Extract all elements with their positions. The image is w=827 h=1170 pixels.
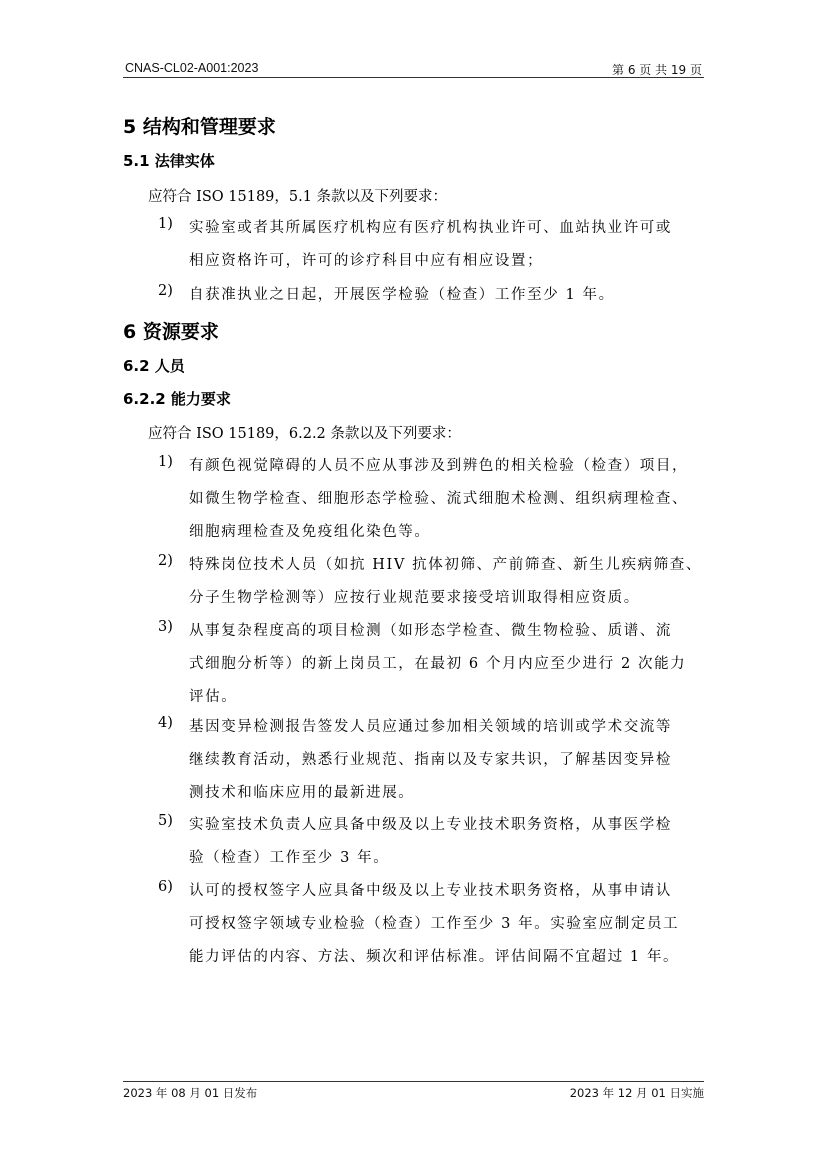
item-text: 能力评估的内容、方法、频次和评估标准。评估间隔不宜超过 1 年。 [189,945,679,966]
item-text: 分子生物学检测等）应按行业规范要求接受培训取得相应资质。 [189,586,640,607]
section-5-1-intro: 应符合 ISO 15189，5.1 条款以及下列要求： [148,185,447,206]
item-text: 有颜色视觉障碍的人员不应从事涉及到辨色的相关检验（检查）项目， [189,454,688,475]
item-text: 认可的授权签字人应具备中级及以上专业技术职务资格，从事申请认 [189,879,672,900]
page-footer: 2023 年 08 月 01 日发布 2023 年 12 月 01 日实施 [123,1081,704,1102]
item-text: 如微生物学检查、细胞形态学检验、流式细胞术检测、组织病理检查、 [189,487,688,508]
item-text: 自获准执业之日起，开展医学检验（检查）工作至少 1 年。 [189,283,615,304]
item-number: 2) [158,283,173,299]
item-text: 可授权签字领域专业检验（检查）工作至少 3 年。实验室应制定员工 [189,912,679,933]
item-text: 从事复杂程度高的项目检测（如形态学检查、微生物检验、质谱、流 [189,619,672,640]
section-6-2-heading: 6.2 人员 [123,355,185,376]
item-number: 3) [158,619,173,635]
doc-code: CNAS-CL02-A001:2023 [125,61,258,75]
item-text: 继续教育活动，熟悉行业规范、指南以及专家共识，了解基因变异检 [189,748,672,769]
item-number: 1) [158,454,173,470]
section-5-1-heading: 5.1 法律实体 [123,150,215,171]
item-number: 6) [158,879,173,895]
item-text: 实验室技术负责人应具备中级及以上专业技术职务资格，从事医学检 [189,813,672,834]
section-6-2-2-heading: 6.2.2 能力要求 [123,388,231,409]
page-number: 第 6 页 共 19 页 [612,61,702,78]
page-header: CNAS-CL02-A001:2023 第 6 页 共 19 页 [123,60,704,78]
publish-date: 2023 年 08 月 01 日发布 [123,1085,257,1101]
item-number: 2) [158,553,173,569]
section-6-heading: 6 资源要求 [123,317,219,344]
item-text: 式细胞分析等）的新上岗员工，在最初 6 个月内应至少进行 2 次能力 [189,652,686,673]
item-text: 评估。 [189,685,237,706]
item-number: 4) [158,715,173,731]
item-text: 验（检查）工作至少 3 年。 [189,846,389,867]
section-6-2-2-intro: 应符合 ISO 15189，6.2.2 条款以及下列要求： [148,422,461,443]
document-page: CNAS-CL02-A001:2023 第 6 页 共 19 页 5 结构和管理… [0,0,827,1170]
item-text: 基因变异检测报告签发人员应通过参加相关领域的培训或学术交流等 [189,715,672,736]
item-text: 相应资格许可，许可的诊疗科目中应有相应设置； [189,249,543,270]
section-5-heading: 5 结构和管理要求 [123,112,276,139]
item-text: 特殊岗位技术人员（如抗 HIV 抗体初筛、产前筛查、新生儿疾病筛查、 [189,553,702,574]
item-text: 实验室或者其所属医疗机构应有医疗机构执业许可、血站执业许可或 [189,216,672,237]
item-number: 5) [158,813,173,829]
item-text: 测技术和临床应用的最新进展。 [189,781,414,802]
effective-date: 2023 年 12 月 01 日实施 [570,1085,704,1101]
item-number: 1) [158,216,173,232]
item-text: 细胞病理检查及免疫组化染色等。 [189,520,431,541]
